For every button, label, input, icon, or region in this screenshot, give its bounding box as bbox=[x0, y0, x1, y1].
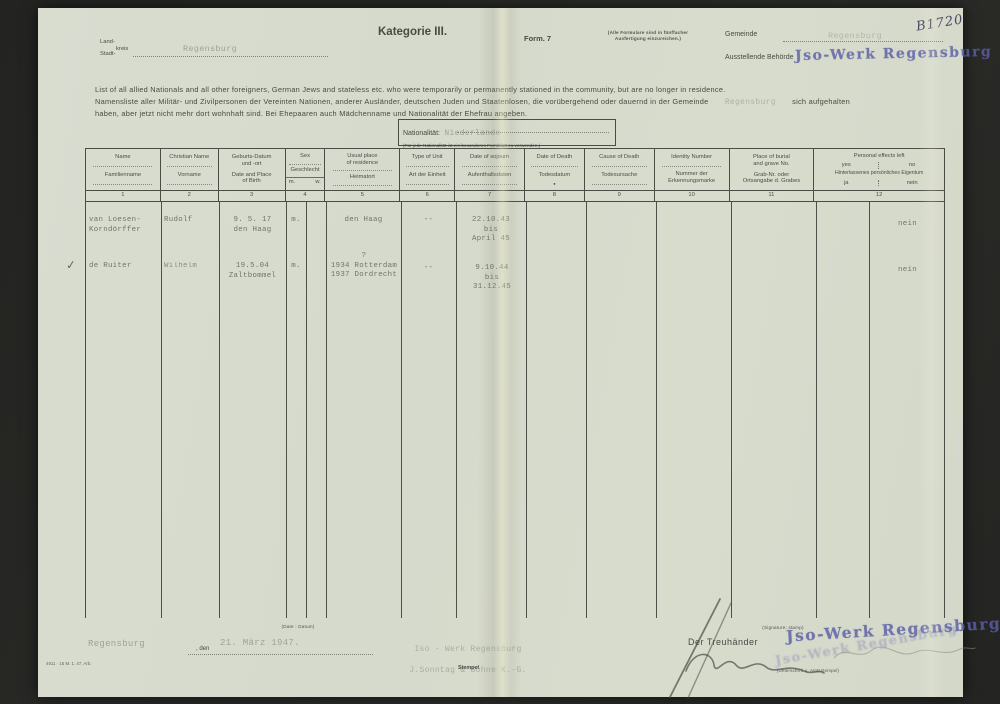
column-line bbox=[586, 202, 587, 618]
col1-en: Name bbox=[89, 154, 157, 161]
row1-christian: Rudolf bbox=[164, 216, 218, 226]
col8-de: Todesdatum bbox=[527, 172, 581, 179]
date-label: (Date : Datum) bbox=[243, 624, 353, 630]
typed-org-line1: Iso - Werk Regensburg bbox=[378, 645, 558, 655]
col4-de: Geschlecht bbox=[287, 167, 323, 174]
right-fold-crease bbox=[918, 8, 944, 697]
colnum-2: 2 bbox=[161, 191, 219, 201]
colnum-11: 11 bbox=[730, 191, 815, 201]
row1-residence: den Haag bbox=[326, 216, 401, 226]
form-number: Form. 7 bbox=[524, 34, 551, 43]
col4-en: Sex bbox=[287, 153, 323, 160]
col-header-death-date: Date of Death Todesdatum ● bbox=[525, 149, 585, 190]
colnum-4: 4 bbox=[286, 191, 326, 201]
col-header-birth: Geburts-Datum und -ort Date and Place of… bbox=[219, 149, 286, 190]
intro-de-part2: sich aufgehalten bbox=[792, 97, 850, 106]
sex-sub-line bbox=[306, 202, 307, 618]
print-code: 4911 · 15 M. 1. 47. Arb. bbox=[46, 661, 92, 666]
col10-en: Identity Number bbox=[658, 154, 726, 161]
colnum-10: 10 bbox=[655, 191, 730, 201]
col-header-identity: Identity Number Nummer der Erkennungsmar… bbox=[655, 149, 730, 190]
col8-en: Date of Death bbox=[527, 154, 581, 161]
col11-de: Grab-Nr. oder Ortsangabe d. Grabes bbox=[733, 172, 810, 185]
colnum-8: 8 bbox=[525, 191, 585, 201]
col6-de: Art der Einheit bbox=[402, 172, 452, 179]
col12-yes: yes bbox=[814, 162, 878, 169]
colnum-9: 9 bbox=[585, 191, 655, 201]
col10-de: Nummer der Erkennungsmarke bbox=[658, 171, 726, 184]
footer-date: 21. März 1947. bbox=[220, 638, 300, 650]
col-header-name: Name Familienname bbox=[86, 149, 161, 190]
colnum-5: 5 bbox=[325, 191, 400, 201]
col5-en: Usual place of residence bbox=[328, 153, 396, 166]
col-header-sex: Sex Geschlecht m. w. bbox=[286, 149, 326, 190]
kreis-label: kreis bbox=[116, 46, 128, 52]
nationality-label: Nationalität: bbox=[403, 130, 440, 137]
form-page: Kategorie III. Form. 7 (Alle Formulare s… bbox=[38, 8, 963, 697]
scanned-document: Kategorie III. Form. 7 (Alle Formulare s… bbox=[0, 0, 1000, 704]
col4-sub-w: w. bbox=[311, 179, 324, 186]
col11-en: Place of burial and grave No. bbox=[733, 154, 810, 167]
col4-sub-m: m. bbox=[286, 179, 299, 186]
kreis-fill-line bbox=[133, 56, 328, 57]
landkreis-label: Land- Stadt- bbox=[100, 40, 115, 58]
pencil-checkmark: ✓ bbox=[61, 257, 80, 273]
trustee-signature bbox=[628, 593, 858, 703]
row2-residence: ? 1934 Rotterdam 1937 Dordrecht bbox=[326, 252, 402, 281]
colnum-3: 3 bbox=[219, 191, 286, 201]
behoerde-label: Ausstellende Behörde bbox=[725, 54, 794, 61]
col8-dot: ● bbox=[553, 183, 555, 185]
row2-sex: m. bbox=[286, 262, 306, 272]
row2-christian: Wilhelm bbox=[164, 262, 218, 272]
row1-name: van Loesen- Korndörffer bbox=[89, 216, 161, 235]
colnum-6: 6 bbox=[400, 191, 455, 201]
column-line bbox=[816, 202, 817, 618]
col1-de: Familienname bbox=[89, 172, 157, 179]
stempel-label: Stempel bbox=[458, 665, 479, 671]
col9-de: Todesursache bbox=[588, 172, 651, 179]
row2-birth: 19.5.04 Zaltbommel bbox=[219, 262, 286, 281]
col6-en: Type of Unit bbox=[402, 154, 452, 161]
page-title: Kategorie III. bbox=[378, 26, 447, 38]
column-line bbox=[731, 202, 732, 618]
colnum-1: 1 bbox=[86, 191, 161, 201]
typed-organisation: Iso - Werk Regensburg J.Sonntag & Söhne … bbox=[378, 635, 558, 687]
row1-sex: m. bbox=[286, 216, 306, 226]
column-line bbox=[161, 202, 162, 618]
pencil-note bbox=[828, 636, 978, 672]
stadt-label: Stadt- bbox=[100, 52, 115, 58]
col-header-burial: Place of burial and grave No. Grab-Nr. o… bbox=[730, 149, 815, 190]
col-header-unit: Type of Unit Art der Einheit bbox=[400, 149, 455, 190]
form-note: (Alle Formulare sind in fünffacher Ausfe… bbox=[578, 30, 718, 43]
col12-ja: ja bbox=[814, 180, 878, 187]
col-header-christian-name: Christian Name Vorname bbox=[161, 149, 219, 190]
column-line bbox=[656, 202, 657, 618]
land-label: Land- bbox=[100, 40, 115, 46]
effects-sub-line bbox=[869, 202, 870, 618]
col-header-residence: Usual place of residence Heimatort bbox=[325, 149, 400, 190]
behoerde-stamp: Jso-Werk Regensburg bbox=[795, 44, 993, 64]
den-label: , den bbox=[196, 646, 209, 652]
col9-en: Cause of Death bbox=[588, 154, 651, 161]
row2-name: de Ruiter bbox=[89, 262, 161, 272]
col2-de: Vorname bbox=[163, 172, 215, 179]
intro-line-de-3: haben, aber jetzt nicht mehr dort wohnha… bbox=[95, 109, 527, 118]
intro-gemeinde-value: Regensburg bbox=[725, 98, 776, 107]
row1-birth: 9. 5. 17 den Haag bbox=[219, 216, 286, 235]
row2-unit: -- bbox=[401, 264, 456, 274]
intro-line-en: List of all allied Nationals and all oth… bbox=[95, 85, 726, 94]
footer-place: Regensburg bbox=[88, 639, 145, 651]
col3-de: Geburts-Datum und -ort bbox=[221, 154, 282, 167]
kreis-value: Regensburg bbox=[183, 44, 237, 55]
center-fold-crease bbox=[478, 8, 522, 697]
col-header-death-cause: Cause of Death Todesursache bbox=[585, 149, 655, 190]
col2-en: Christian Name bbox=[163, 154, 215, 161]
gemeinde-label: Gemeinde bbox=[725, 31, 757, 38]
date-fill-line bbox=[188, 654, 373, 655]
intro-de-part1: Namensliste aller Militär- und Zivilpers… bbox=[95, 97, 709, 106]
row1-unit: -- bbox=[401, 216, 456, 226]
col3-en: Date and Place of Birth bbox=[221, 172, 282, 185]
col5-de: Heimatort bbox=[328, 174, 396, 181]
intro-line-de: Namensliste aller Militär- und Zivilpers… bbox=[95, 97, 850, 108]
